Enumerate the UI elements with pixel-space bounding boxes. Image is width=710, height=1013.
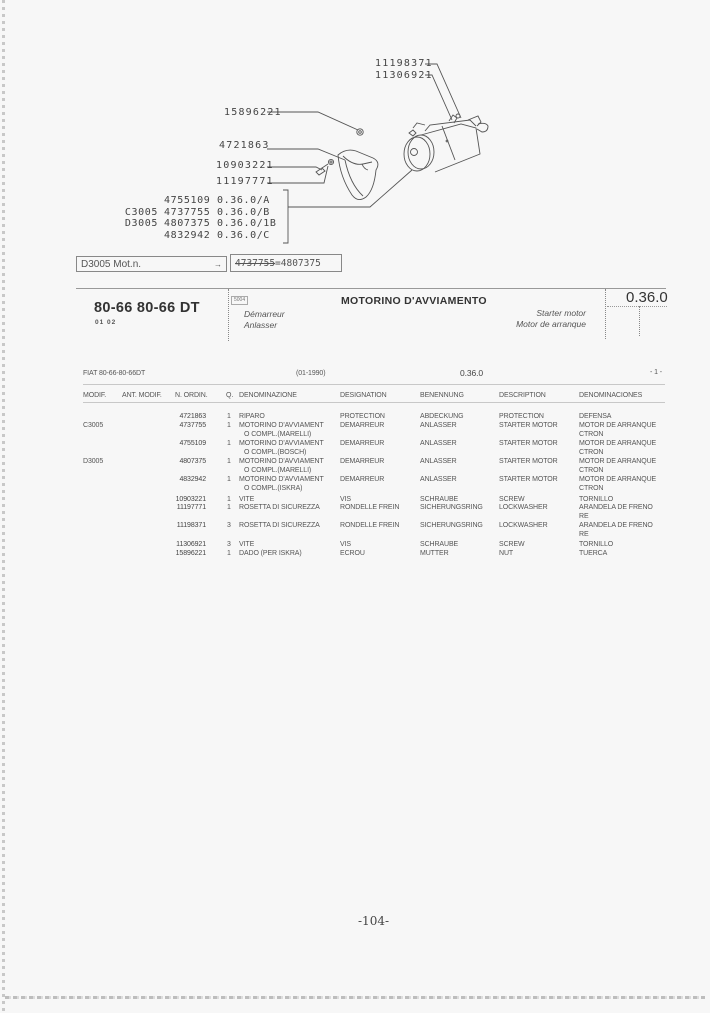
cell-english: SCREW <box>499 541 525 550</box>
cell-qty: 1 <box>227 550 231 559</box>
cell-part-number: 15896221 <box>174 550 206 559</box>
title-french: Démarreur <box>244 309 285 319</box>
starter-motor-drawing <box>0 0 710 260</box>
cell-spanish: CTRON <box>579 485 603 494</box>
replacement-part: =4807375 <box>275 258 321 269</box>
group-code: 0.36.0 <box>626 289 668 306</box>
cell-spanish: DEFENSA <box>579 413 611 422</box>
cell-qty: 3 <box>227 522 231 531</box>
cell-french: RONDELLE FREIN <box>340 522 399 531</box>
header-divider <box>228 289 229 341</box>
variant-row: 4832942 0.36.0/C <box>112 230 277 242</box>
cell-english: NUT <box>499 550 513 559</box>
cell-part-number: 11306921 <box>174 541 206 550</box>
cell-italian: DADO (PER ISKRA) <box>239 550 302 559</box>
cell-spanish: CTRON <box>579 467 603 476</box>
cell-german: ANLASSER <box>420 476 457 485</box>
col-header-qty: Q. <box>226 392 233 399</box>
cell-italian: VITE <box>239 541 254 550</box>
cell-french: DEMARREUR <box>340 440 384 449</box>
variant-list: 4755109 0.36.0/A C30054737755 0.36.0/B D… <box>112 195 277 241</box>
cell-modif: C3005 <box>83 422 103 431</box>
motor-number-note: D3005 Mot.n. → <box>76 256 227 272</box>
cell-italian: MOTORINO D'AVVIAMENT <box>239 476 324 485</box>
cell-spanish: RE <box>579 513 589 522</box>
section-tag: 5004 <box>231 296 248 305</box>
cell-spanish: ARANDELA DE FRENO <box>579 504 653 513</box>
title-english: Starter motor <box>480 308 586 318</box>
table-date: (01-1990) <box>296 370 325 377</box>
variant-modif: D3005 <box>112 218 164 230</box>
variant-row: C30054737755 0.36.0/B <box>112 207 277 219</box>
col-header-modif: MODIF. <box>83 392 106 399</box>
col-header-part-number: N. ORDIN. <box>175 392 208 399</box>
cell-spanish: RE <box>579 531 589 540</box>
table-rule <box>83 384 665 385</box>
cell-spanish: ARANDELA DE FRENO <box>579 522 653 531</box>
cell-modif: D3005 <box>83 458 103 467</box>
cell-german: ANLASSER <box>420 458 457 467</box>
title-spanish: Motor de arranque <box>470 319 586 329</box>
variant-part: 4755109 <box>164 195 210 207</box>
variant-part: 4737755 <box>164 207 210 219</box>
cell-spanish: MOTOR DE ARRANQUE <box>579 458 656 467</box>
variant-modif <box>112 195 164 207</box>
variant-modif: C3005 <box>112 207 164 219</box>
cell-french: DEMARREUR <box>340 476 384 485</box>
col-header-spanish: DENOMINACIONES <box>579 392 642 399</box>
variant-modif <box>112 230 164 242</box>
cell-german: ANLASSER <box>420 422 457 431</box>
cell-german: MUTTER <box>420 550 449 559</box>
cell-italian: O COMPL.(ISKRA) <box>244 485 302 494</box>
scan-bottom-edge <box>5 996 705 999</box>
table-model: FIAT 80-66-80-66DT <box>83 370 145 377</box>
variant-row: D30054807375 0.36.0/1B <box>112 218 277 230</box>
cell-french: ECROU <box>340 550 365 559</box>
variant-ref: 0.36.0/C <box>217 230 270 242</box>
cell-part-number: 11198371 <box>174 522 206 531</box>
variant-part: 4807375 <box>164 218 210 230</box>
variant-ref: 0.36.0/A <box>217 195 270 207</box>
cell-french: RONDELLE FREIN <box>340 504 399 513</box>
cell-french: VIS <box>340 541 351 550</box>
supersession-note: 4737755=4807375 <box>230 254 342 272</box>
cell-spanish: CTRON <box>579 449 603 458</box>
cell-german: ABDECKUNG <box>420 413 463 422</box>
cell-spanish: MOTOR DE ARRANQUE <box>579 440 656 449</box>
cell-italian: RIPARO <box>239 413 265 422</box>
cell-italian: MOTORINO D'AVVIAMENT <box>239 440 324 449</box>
cell-italian: O COMPL.(MARELLI) <box>244 431 311 440</box>
variant-ref: 0.36.0/1B <box>217 218 277 230</box>
col-header-english: DESCRIPTION <box>499 392 546 399</box>
model-name: 80-66 80-66 DT <box>94 300 200 316</box>
callout-label: 4721863 <box>219 140 270 151</box>
cell-part-number: 4755109 <box>174 440 206 449</box>
motor-number-label: D3005 Mot.n. <box>81 259 141 270</box>
cell-english: PROTECTION <box>499 413 544 422</box>
group-title: MOTORINO D'AVVIAMENTO <box>341 295 487 307</box>
table-group: 0.36.0 <box>460 368 483 378</box>
model-variants: 01 02 <box>95 319 116 326</box>
cell-english: STARTER MOTOR <box>499 458 558 467</box>
cell-english: STARTER MOTOR <box>499 422 558 431</box>
cell-part-number: 4807375 <box>174 458 206 467</box>
group-code-divider <box>639 306 640 336</box>
cell-german: SICHERUNGSRING <box>420 522 483 531</box>
callout-label: 11197771 <box>216 176 274 187</box>
cell-english: LOCKWASHER <box>499 522 548 531</box>
cell-italian: ROSETTA DI SICUREZZA <box>239 522 320 531</box>
callout-label: 11306921 <box>375 70 433 81</box>
cell-qty: 1 <box>227 413 231 422</box>
cell-spanish: MOTOR DE ARRANQUE <box>579 422 656 431</box>
cell-french: DEMARREUR <box>340 458 384 467</box>
cell-part-number: 4721863 <box>174 413 206 422</box>
cell-spanish: TORNILLO <box>579 541 613 550</box>
col-header-ant-modif: ANT. MODIF. <box>122 392 162 399</box>
col-header-french: DESIGNATION <box>340 392 387 399</box>
col-header-german: BENENNUNG <box>420 392 464 399</box>
cell-qty: 1 <box>227 476 231 485</box>
table-page: - 1 - <box>650 369 662 376</box>
cell-german: ANLASSER <box>420 440 457 449</box>
col-header-italian: DENOMINAZIONE <box>239 392 297 399</box>
callout-label: 11198371 <box>375 58 433 69</box>
callout-label: 10903221 <box>216 160 274 171</box>
cell-english: LOCKWASHER <box>499 504 548 513</box>
cell-german: SICHERUNGSRING <box>420 504 483 513</box>
cell-french: DEMARREUR <box>340 422 384 431</box>
cell-spanish: MOTOR DE ARRANQUE <box>579 476 656 485</box>
header-divider <box>605 289 606 339</box>
cell-qty: 3 <box>227 541 231 550</box>
variant-row: 4755109 0.36.0/A <box>112 195 277 207</box>
cell-english: STARTER MOTOR <box>499 440 558 449</box>
superseded-part: 4737755 <box>235 258 275 269</box>
variant-ref: 0.36.0/B <box>217 207 270 219</box>
arrow-right-icon: → <box>214 257 222 273</box>
cell-italian: O COMPL.(BOSCH) <box>244 449 306 458</box>
cell-spanish: CTRON <box>579 431 603 440</box>
cell-french: PROTECTION <box>340 413 385 422</box>
cell-part-number: 4737755 <box>174 422 206 431</box>
cell-italian: MOTORINO D'AVVIAMENT <box>239 458 324 467</box>
cell-qty: 1 <box>227 504 231 513</box>
cell-spanish: TUERCA <box>579 550 607 559</box>
cell-part-number: 4832942 <box>174 476 206 485</box>
page-number: -104- <box>358 914 389 928</box>
variant-part: 4832942 <box>164 230 210 242</box>
cell-english: STARTER MOTOR <box>499 476 558 485</box>
cell-italian: ROSETTA DI SICUREZZA <box>239 504 320 513</box>
title-german: Anlasser <box>244 320 277 330</box>
cell-part-number: 11197771 <box>174 504 206 513</box>
cell-qty: 1 <box>227 440 231 449</box>
cell-qty: 1 <box>227 422 231 431</box>
cell-german: SCHRAUBE <box>420 541 458 550</box>
table-rule <box>83 402 665 403</box>
cell-italian: O COMPL.(MARELLI) <box>244 467 311 476</box>
header-top-rule <box>76 288 666 289</box>
cell-italian: MOTORINO D'AVVIAMENT <box>239 422 324 431</box>
callout-label: 15896221 <box>224 107 282 118</box>
group-code-rule <box>607 306 667 307</box>
cell-qty: 1 <box>227 458 231 467</box>
